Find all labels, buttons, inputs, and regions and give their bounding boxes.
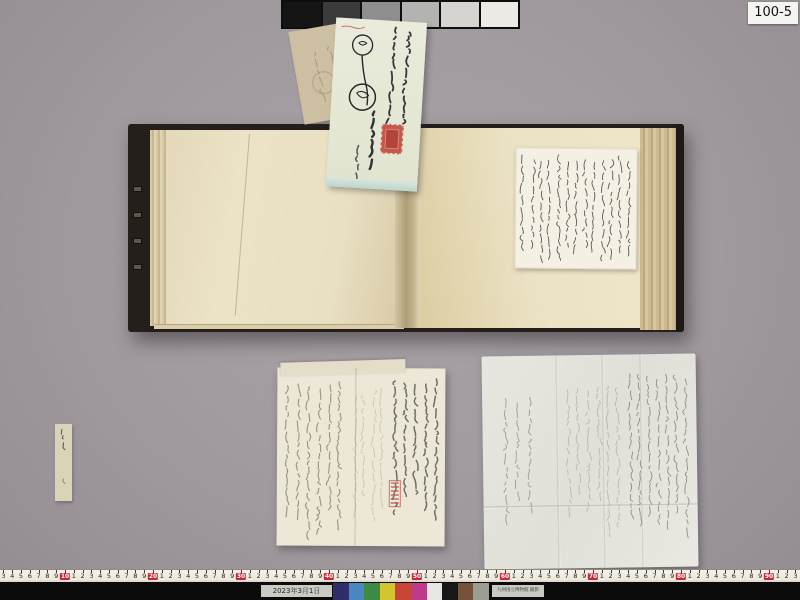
color-patch	[395, 583, 411, 600]
ruler-number: 90	[764, 573, 774, 580]
ruler-number: 6	[116, 573, 120, 580]
ruler-number: 9	[318, 573, 322, 580]
postmark-detail	[359, 41, 367, 45]
binding-stitch	[133, 238, 142, 244]
ruler-number: 40	[324, 573, 334, 580]
archive-photograph: 100-5	[0, 0, 800, 600]
ruler-number: 6	[380, 573, 384, 580]
ruler-number: 30	[236, 573, 246, 580]
ruler-number: 7	[213, 573, 217, 580]
ruler-number: 3	[793, 573, 797, 580]
ruler-number: 7	[653, 573, 657, 580]
ruler-number: 8	[749, 573, 753, 580]
color-patch	[380, 583, 396, 600]
ruler-number: 5	[723, 573, 727, 580]
page-crease	[235, 134, 250, 316]
ruler-number: 7	[125, 573, 129, 580]
ruler-number: 2	[433, 573, 437, 580]
ruler-number: 5	[371, 573, 375, 580]
ruler-number: 10	[60, 573, 70, 580]
ruler-number: 7	[301, 573, 305, 580]
ruler-number: 5	[283, 573, 287, 580]
shelf-number-label: 100-5	[748, 2, 798, 24]
ruler-number: 5	[19, 573, 23, 580]
ruler-number: 9	[582, 573, 586, 580]
handwriting	[482, 354, 699, 570]
paper-slip	[55, 424, 72, 501]
ruler-number: 3	[89, 573, 93, 580]
ruler-number: 9	[758, 573, 762, 580]
ruler-number: 20	[148, 573, 158, 580]
ruler-number: 8	[45, 573, 49, 580]
ruler-number: 9	[54, 573, 58, 580]
ruler-number: 6	[28, 573, 32, 580]
ruler-number: 6	[204, 573, 208, 580]
ruler-number: 6	[644, 573, 648, 580]
red-seal-text	[391, 482, 399, 505]
color-patch	[458, 583, 474, 600]
ruler-number: 1	[512, 573, 516, 580]
ruler-number: 5	[547, 573, 551, 580]
ruler-number: 5	[195, 573, 199, 580]
ruler-number: 9	[406, 573, 410, 580]
ruler-number: 80	[676, 573, 686, 580]
creased-letter-sheet	[482, 354, 699, 570]
color-patch	[349, 583, 365, 600]
ruler-number: 2	[521, 573, 525, 580]
underlying-page-edge	[154, 324, 404, 329]
ruler-number: 8	[485, 573, 489, 580]
photo-credit-label: 九州国立博物館 撮影	[492, 585, 544, 597]
date-label: 2023年3月1日	[261, 585, 332, 597]
ruler-number: 3	[1, 573, 5, 580]
binding-stitch	[133, 186, 142, 192]
grayscale-patch	[481, 2, 519, 27]
ruler-number: 70	[588, 573, 598, 580]
binding-stitch	[133, 212, 142, 218]
ruler-number: 7	[477, 573, 481, 580]
ruler-number: 5	[107, 573, 111, 580]
postage-stamp-design	[384, 129, 399, 150]
ruler-number: 2	[169, 573, 173, 580]
postage-stamp	[380, 123, 404, 154]
ruler-number: 7	[389, 573, 393, 580]
ruler-number: 1	[688, 573, 692, 580]
handwriting	[277, 368, 446, 547]
ruler-number: 50	[412, 573, 422, 580]
binding-stitch	[133, 264, 142, 270]
color-patch	[473, 583, 489, 600]
ruler-number: 7	[565, 573, 569, 580]
ruler-number: 3	[705, 573, 709, 580]
color-patch	[333, 583, 349, 600]
ruler-number: 2	[785, 573, 789, 580]
ruler-number: 5	[635, 573, 639, 580]
ruler-number: 4	[714, 573, 718, 580]
ruler-number: 1	[72, 573, 76, 580]
ruler-number: 4	[274, 573, 278, 580]
page-stack-edge	[640, 128, 676, 330]
ruler-number: 60	[500, 573, 510, 580]
ruler-number: 2	[697, 573, 701, 580]
ruler-number: 8	[661, 573, 665, 580]
ruler-number: 6	[468, 573, 472, 580]
ruler-number: 4	[98, 573, 102, 580]
ruler-number: 4	[450, 573, 454, 580]
ruler-number: 4	[10, 573, 14, 580]
color-patch	[364, 583, 380, 600]
envelope-calligraphy	[326, 17, 427, 191]
grayscale-patch	[441, 2, 479, 27]
pasted-note-card	[514, 147, 637, 269]
ruler-number: 3	[265, 573, 269, 580]
ruler-number: 3	[177, 573, 181, 580]
handwriting	[55, 424, 72, 501]
ruler-number: 1	[776, 573, 780, 580]
page-edge-streaks	[150, 130, 166, 326]
ruler-number: 2	[257, 573, 261, 580]
ruler-number: 4	[626, 573, 630, 580]
ruler-number: 7	[37, 573, 41, 580]
ruler-number: 1	[600, 573, 604, 580]
ruler: 2345678910123456789201234567893012345678…	[0, 569, 800, 582]
envelope	[326, 17, 427, 191]
ruler-number: 3	[353, 573, 357, 580]
ruler-number: 4	[538, 573, 542, 580]
ruler-number: 8	[573, 573, 577, 580]
ruler-number: 6	[292, 573, 296, 580]
ruler-number: 1	[248, 573, 252, 580]
ruler-number: 6	[732, 573, 736, 580]
color-patch	[442, 583, 458, 600]
ruler-number: 1	[424, 573, 428, 580]
ruler-number: 2	[345, 573, 349, 580]
ruler-number: 8	[309, 573, 313, 580]
ruler-number: 8	[221, 573, 225, 580]
red-seal	[389, 480, 401, 507]
ruler-number: 8	[133, 573, 137, 580]
ruler-number: 3	[617, 573, 621, 580]
ruler-number: 7	[741, 573, 745, 580]
ruler-number: 6	[556, 573, 560, 580]
ruler-number: 3	[529, 573, 533, 580]
ruler-number: 2	[609, 573, 613, 580]
ruler-number: 9	[142, 573, 146, 580]
ruler-number: 9	[230, 573, 234, 580]
ruler-number: 8	[397, 573, 401, 580]
handwriting	[515, 148, 638, 270]
ruler-number: 9	[494, 573, 498, 580]
grayscale-patch	[283, 2, 321, 27]
ruler-number: 9	[670, 573, 674, 580]
folded-letter	[277, 368, 446, 547]
red-date-annotation	[342, 26, 365, 29]
ruler-number: 1	[336, 573, 340, 580]
ruler-number: 4	[362, 573, 366, 580]
ruler-number: 1	[160, 573, 164, 580]
caption-strip: 2023年3月1日 九州国立博物館 撮影	[0, 582, 800, 600]
ruler-number: 2	[81, 573, 85, 580]
album-cover-edge	[676, 124, 684, 332]
color-patch	[411, 583, 427, 600]
ruler-number: 3	[441, 573, 445, 580]
color-patch	[427, 583, 443, 600]
color-calibration-bar	[333, 583, 489, 600]
ruler-number: 5	[459, 573, 463, 580]
ruler-number: 4	[186, 573, 190, 580]
